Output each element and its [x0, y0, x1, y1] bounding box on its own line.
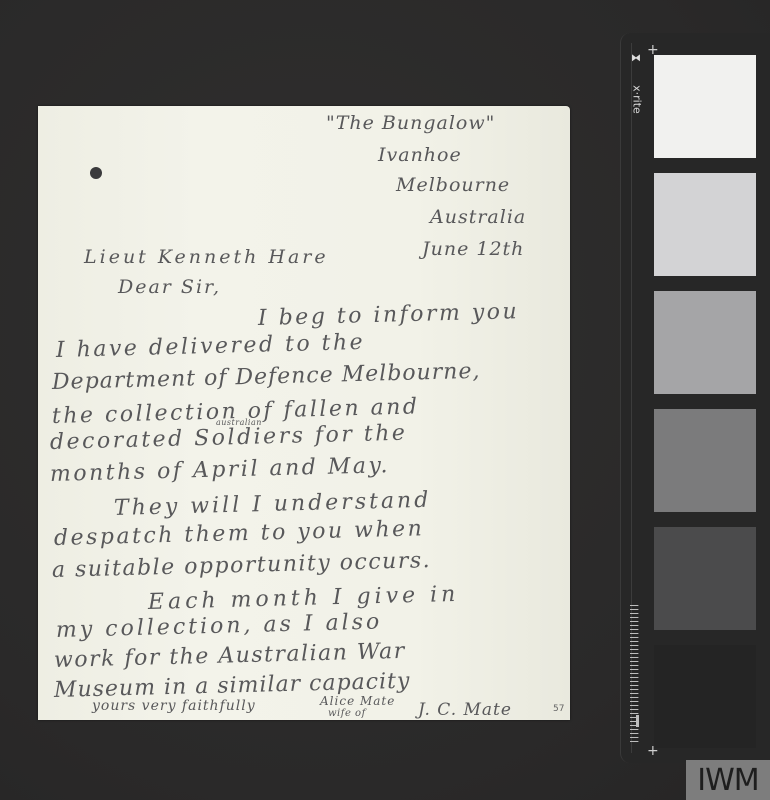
signature-note: wife of [328, 708, 366, 719]
date: June 12th [422, 238, 524, 260]
scale-ruler-end [636, 715, 639, 727]
color-calibration-chart: ⧓ x·rite + + [620, 33, 770, 763]
address-line-1: "The Bungalow" [326, 112, 495, 134]
salutation: Dear Sir, [118, 276, 221, 298]
address-line-2: Ivanhoe [378, 144, 462, 166]
iwm-watermark: IWM [686, 760, 770, 800]
signature: Alice Mate [320, 694, 395, 708]
body-line: They will I understand [114, 488, 432, 521]
body-line: months of April and May. [50, 453, 391, 487]
body-line: despatch them to you when [54, 516, 425, 551]
patch-mid-light-gray [654, 291, 756, 394]
body-line: Each month I give in [148, 582, 460, 615]
body-line: work for the Australian War [54, 639, 406, 673]
punch-hole [90, 167, 102, 179]
patch-black [654, 645, 756, 748]
body-line: Department of Defence Melbourne, [52, 359, 481, 395]
brand-name: x·rite [631, 80, 644, 120]
letter-page: "The Bungalow" Ivanhoe Melbourne Austral… [38, 106, 570, 720]
brand-label: ⧓ x·rite [625, 53, 649, 123]
body-line: my collection, as I also [56, 609, 383, 643]
patch-mid-gray [654, 409, 756, 512]
patch-white [654, 55, 756, 158]
closing: yours very faithfully [92, 698, 256, 714]
patch-light-gray [654, 173, 756, 276]
signature-name: J. C. Mate [418, 700, 512, 720]
patch-dark-gray [654, 527, 756, 630]
xrite-logo-icon: ⧓ [631, 53, 641, 64]
body-line: a suitable opportunity occurs. [52, 548, 432, 583]
address-line-4: Australia [430, 206, 526, 228]
crosshair-icon: + [647, 744, 659, 758]
body-line: I have delivered to the [56, 330, 366, 363]
recipient: Lieut Kenneth Hare [84, 246, 329, 268]
page-number: 57 [553, 704, 564, 714]
address-line-3: Melbourne [396, 174, 510, 196]
body-line: I beg to inform you [258, 299, 520, 331]
